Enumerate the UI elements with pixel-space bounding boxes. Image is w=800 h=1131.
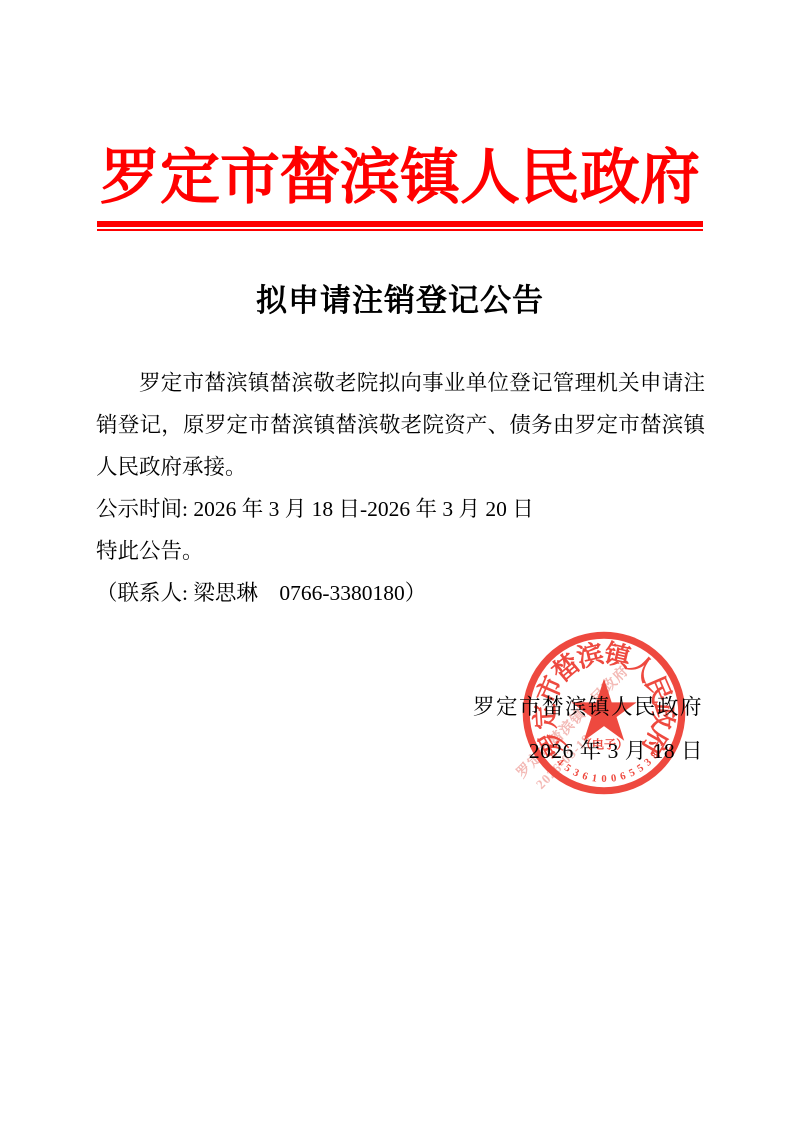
seal-code-digit: 5 [635,763,645,775]
seal-code-digit: 6 [581,771,589,783]
body-paragraph: 罗定市榃滨镇榃滨敬老院拟向事业单位登记管理机关申请注销登记，原罗定市榃滨镇榃滨敬… [96,362,705,488]
seal-code-digit: 5 [627,767,636,779]
seal-code-digit: 1 [591,773,598,785]
seal-code-digit: 3 [571,767,580,779]
seal-type-label: （电子） [580,736,628,751]
contact-line: （联系人: 梁思琳 0766-3380180） [96,572,705,614]
document-body: 罗定市榃滨镇榃滨敬老院拟向事业单位登记管理机关申请注销登记，原罗定市榃滨镇榃滨敬… [96,362,705,614]
official-seal: 罗定市榃滨镇人民政府 2026-03-18 （电子） 罗定市榃滨镇人民政府445… [503,612,705,814]
closing-line: 特此公告。 [96,530,705,572]
publicity-period-line: 公示时间: 2026 年 3 月 18 日-2026 年 3 月 20 日 [96,488,705,530]
letterhead-divider [97,221,703,231]
seal-ring-text-char: 滨 [574,638,606,673]
divider-thin-line [97,229,703,231]
divider-thick-line [97,221,703,227]
seal-code-digit: 3 [643,757,654,769]
document-title: 拟申请注销登记公告 [0,275,800,320]
seal-code-digit: 0 [601,774,606,785]
seal-code-digit: 6 [619,771,627,783]
seal-code-digit: 0 [610,773,617,785]
document-page: 罗定市榃滨镇人民政府 拟申请注销登记公告 罗定市榃滨镇榃滨敬老院拟向事业单位登记… [0,0,800,1131]
letterhead-org-name: 罗定市榃滨镇人民政府 [0,130,800,216]
